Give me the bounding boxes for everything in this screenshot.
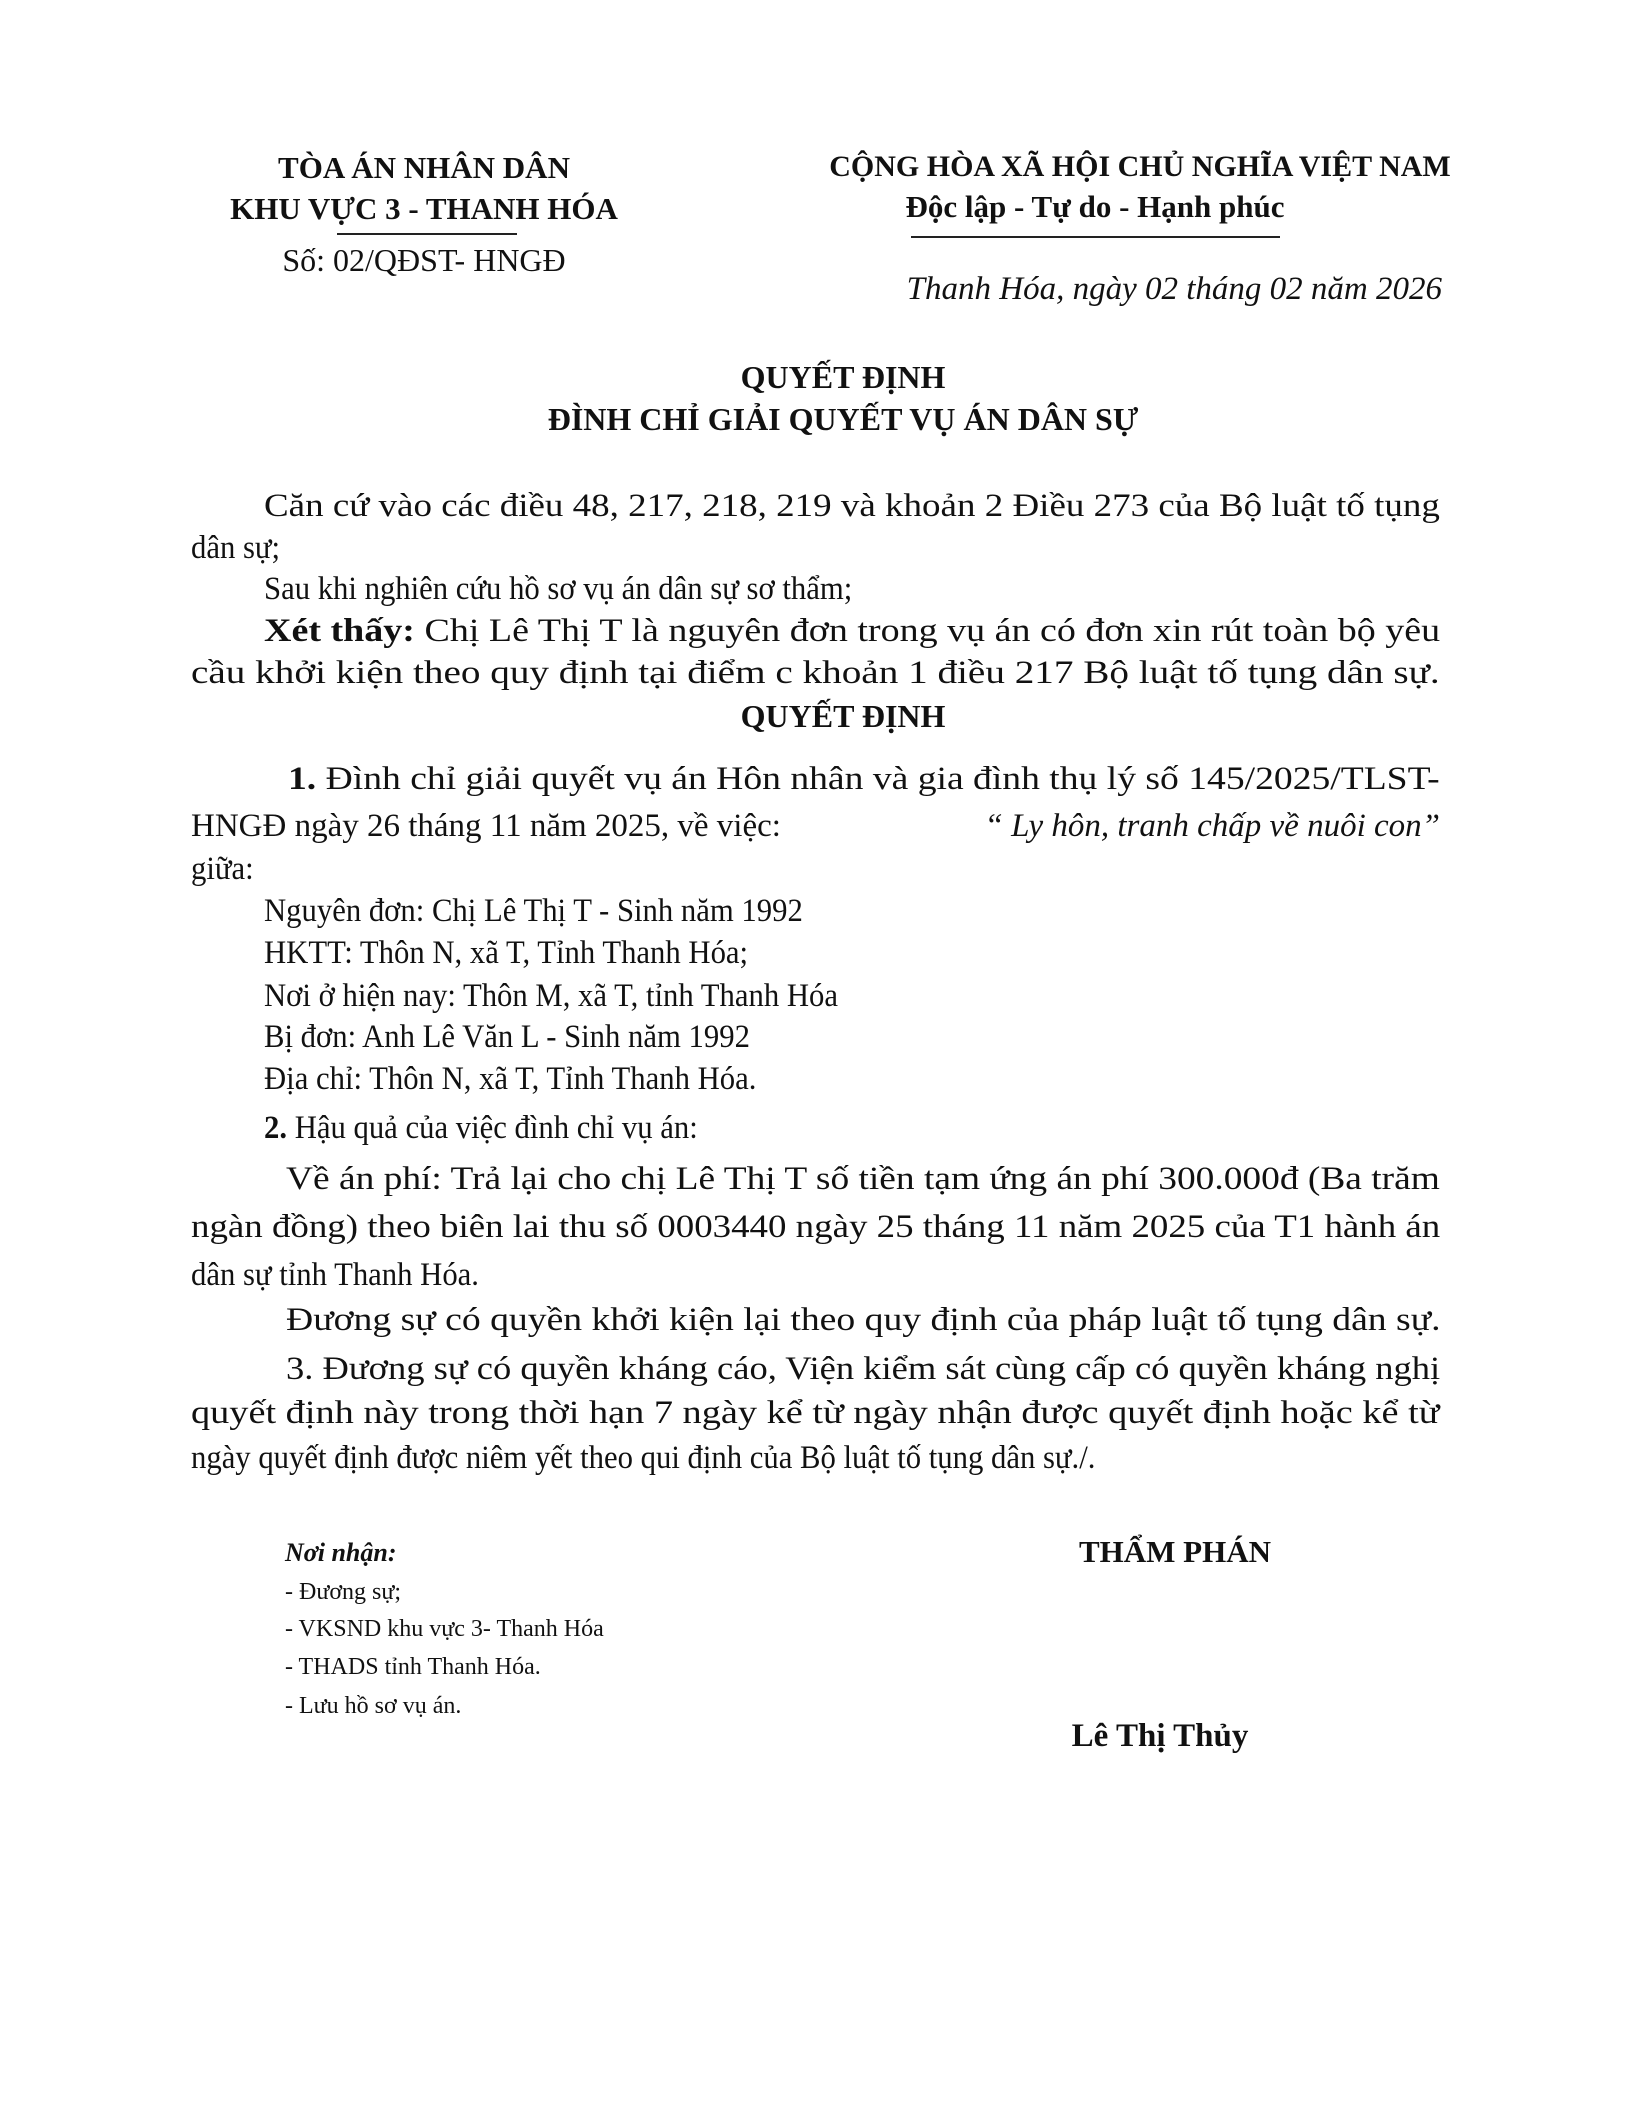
basis-line-2: dân sự; — [191, 532, 280, 565]
document-title: QUYẾT ĐỊNH — [741, 361, 946, 393]
fee-line-3: dân sự tỉnh Thanh Hóa. — [191, 1259, 479, 1292]
basis-line-1: Căn cứ vào các điều 48, 217, 218, 219 và… — [264, 490, 1440, 523]
item1-line-1: 1. Đình chỉ giải quyết vụ án Hôn nhân và… — [288, 763, 1440, 796]
item3-line-2: quyết định này trong thời hạn 7 ngày kể … — [191, 1397, 1440, 1430]
nation-title: CỘNG HÒA XÃ HỘI CHỦ NGHĨA VIỆT NAM — [829, 152, 1450, 182]
party-plaintiff: Nguyên đơn: Chị Lê Thị T - Sinh năm 1992 — [264, 895, 803, 928]
party-defendant: Bị đơn: Anh Lê Văn L - Sinh năm 1992 — [264, 1021, 750, 1054]
recipients-label: Nơi nhận: — [285, 1540, 397, 1566]
fee-line-2: ngàn đồng) theo biên lai thu số 0003440 … — [191, 1211, 1440, 1244]
item1-case-date: HNGĐ ngày 26 tháng 11 năm 2025, về việc: — [191, 810, 781, 843]
recipient-item: - Lưu hồ sơ vụ án. — [285, 1694, 461, 1718]
place-date: Thanh Hóa, ngày 02 tháng 02 năm 2026 — [907, 273, 1442, 306]
document-subtitle: ĐÌNH CHỈ GIẢI QUYẾT VỤ ÁN DÂN SỰ — [548, 403, 1139, 435]
court-area: KHU VỰC 3 - THANH HÓA — [230, 193, 618, 224]
finding-text: Chị Lê Thị T là nguyên đơn trong vụ án c… — [415, 613, 1440, 649]
finding-label: Xét thấy: — [264, 613, 415, 649]
party-defendant-address: Địa chỉ: Thôn N, xã T, Tỉnh Thanh Hóa. — [264, 1063, 756, 1096]
recipient-item: - Đương sự; — [285, 1580, 401, 1604]
document-number: Số: 02/QĐST- HNGĐ — [282, 244, 565, 276]
item3-line-3: ngày quyết định được niêm yết theo qui đ… — [191, 1442, 1095, 1475]
item1-case-subject: “ Ly hôn, tranh chấp về nuôi con” — [985, 810, 1441, 843]
recipient-item: - THADS tỉnh Thanh Hóa. — [285, 1655, 541, 1679]
item1-line-3: giữa: — [191, 853, 254, 886]
study-line: Sau khi nghiên cứu hồ sơ vụ án dân sự sơ… — [264, 573, 852, 606]
header-left-rule — [337, 233, 517, 235]
item2-heading: 2. Hậu quả của việc đình chỉ vụ án: — [264, 1112, 698, 1145]
signer-title: THẨM PHÁN — [1079, 1536, 1271, 1567]
party-plaintiff-current-address: Nơi ở hiện nay: Thôn M, xã T, tỉnh Thanh… — [264, 980, 838, 1013]
item2-number: 2. — [264, 1110, 287, 1146]
court-name: TÒA ÁN NHÂN DÂN — [278, 152, 570, 183]
party-plaintiff-registered-address: HKTT: Thôn N, xã T, Tỉnh Thanh Hóa; — [264, 937, 748, 970]
finding-line-1: Xét thấy: Chị Lê Thị T là nguyên đơn tro… — [264, 615, 1440, 648]
item1-text: Đình chỉ giải quyết vụ án Hôn nhân và gi… — [316, 761, 1439, 797]
decision-heading: QUYẾT ĐỊNH — [741, 700, 946, 732]
refile-right: Đương sự có quyền khởi kiện lại theo quy… — [286, 1304, 1441, 1337]
national-motto: Độc lập - Tự do - Hạnh phúc — [906, 191, 1285, 222]
item1-number: 1. — [288, 761, 316, 797]
header-right-rule — [911, 236, 1280, 238]
fee-line-1: Về án phí: Trả lại cho chị Lê Thị T số t… — [286, 1163, 1440, 1196]
finding-line-2: cầu khởi kiện theo quy định tại điểm c k… — [191, 657, 1440, 690]
signer-name: Lê Thị Thủy — [1072, 1720, 1249, 1753]
item2-title: Hậu quả của việc đình chỉ vụ án: — [287, 1110, 698, 1146]
item1-line-2: HNGĐ ngày 26 tháng 11 năm 2025, về việc:… — [191, 810, 1440, 843]
item3-line-1: 3. Đương sự có quyền kháng cáo, Viện kiể… — [286, 1353, 1440, 1386]
recipient-item: - VKSND khu vực 3- Thanh Hóa — [285, 1617, 604, 1641]
